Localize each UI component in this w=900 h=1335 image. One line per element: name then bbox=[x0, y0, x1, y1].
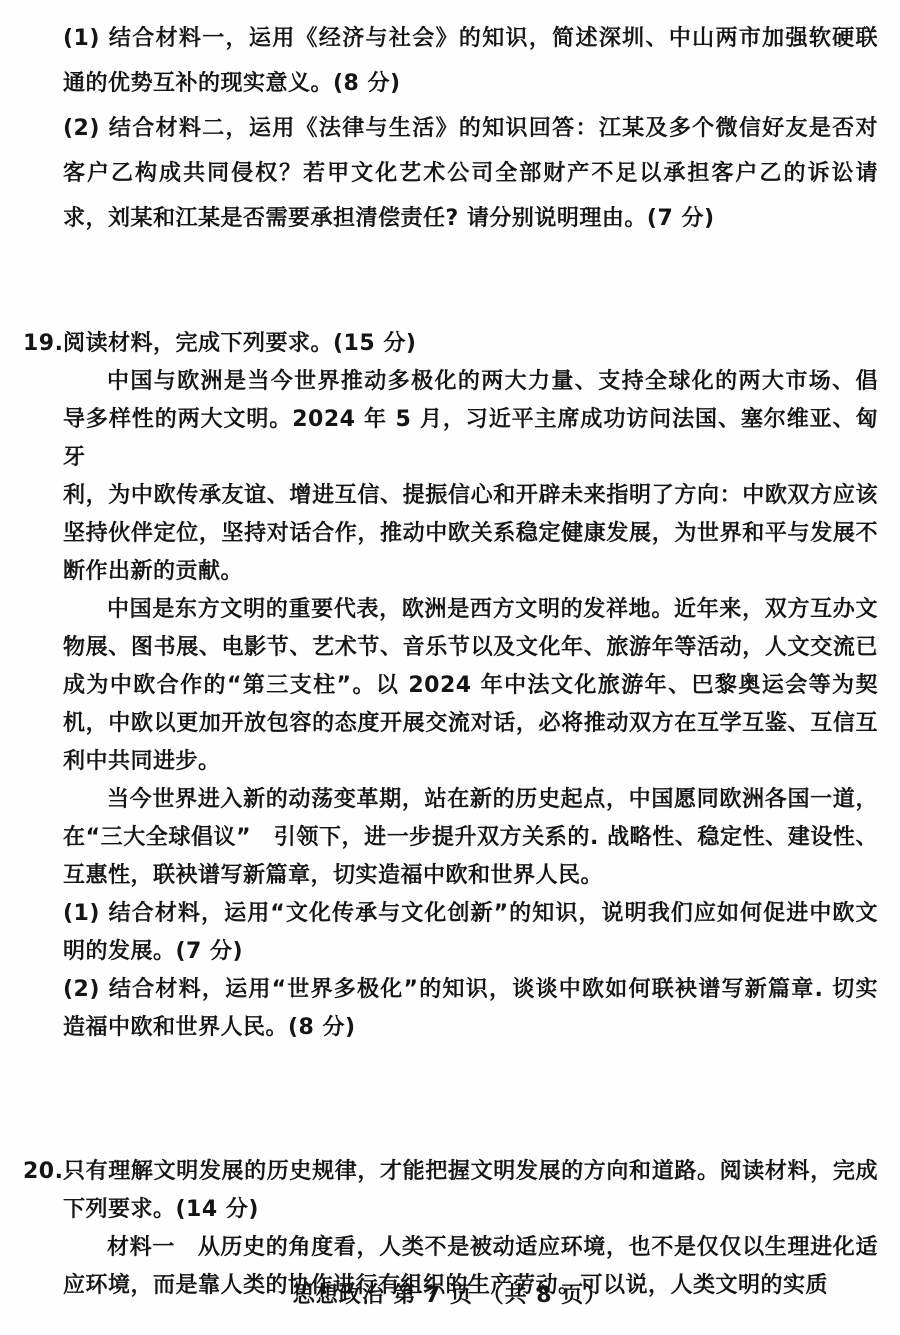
line-text: 断作出新的贡献。 bbox=[63, 559, 243, 584]
question-number: 19. bbox=[23, 325, 63, 363]
line-text: 造福中欧和世界人民。(8 分) bbox=[63, 1015, 356, 1040]
text-line: 机，中欧以更加开放包容的态度开展交流对话，必将推动双方在互学互鉴、互信互 bbox=[63, 705, 878, 743]
text-line: 造福中欧和世界人民。(8 分) bbox=[63, 1009, 878, 1047]
line-text: 物展、图书展、电影节、艺术节、音乐节以及文化年、旅游年等活动，人文交流已 bbox=[63, 635, 878, 660]
text-line: 利，为中欧传承友谊、增进互信、提振信心和开辟未来指明了方向：中欧双方应该 bbox=[63, 477, 878, 515]
line-text: 求，刘某和江某是否需要承担清偿责任? 请分别说明理由。(7 分) bbox=[63, 206, 715, 231]
line-text: (2) 结合材料二，运用《法律与生活》的知识回答：江某及多个微信好友是否对 bbox=[63, 116, 878, 141]
line-text: 利中共同进步。 bbox=[63, 749, 221, 774]
text-line: 成为中欧合作的“第三支柱”。以 2024 年中法文化旅游年、巴黎奥运会等为契 bbox=[63, 667, 878, 705]
text-line: 求，刘某和江某是否需要承担清偿责任? 请分别说明理由。(7 分) bbox=[63, 196, 878, 241]
line-text: 坚持伙伴定位，坚持对话合作，推动中欧关系稳定健康发展，为世界和平与发展不 bbox=[63, 521, 878, 546]
text-line: 物展、图书展、电影节、艺术节、音乐节以及文化年、旅游年等活动，人文交流已 bbox=[63, 629, 878, 667]
previous-question-subparts: (1) 结合材料一，运用《经济与社会》的知识，简述深圳、中山两市加强软硬联通的优… bbox=[63, 16, 878, 241]
line-text: 中国与欧洲是当今世界推动多极化的两大力量、支持全球化的两大市场、倡 bbox=[107, 369, 878, 394]
text-line: 当今世界进入新的动荡变革期，站在新的历史起点，中国愿同欧洲各国一道， bbox=[63, 781, 878, 819]
text-line: 客户乙构成共同侵权？若甲文化艺术公司全部财产不足以承担客户乙的诉讼请 bbox=[63, 151, 878, 196]
text-line: 在“三大全球倡议” 引领下，进一步提升双方关系的. 战略性、稳定性、建设性、 bbox=[63, 819, 878, 857]
line-text: 材料一 从历史的角度看，人类不是被动适应环境，也不是仅仅以生理进化适 bbox=[107, 1235, 878, 1260]
text-line: 导多样性的两大文明。2024 年 5 月，习近平主席成功访问法国、塞尔维亚、匈牙 bbox=[63, 401, 878, 477]
question-number: 20. bbox=[23, 1153, 63, 1191]
line-text: 通的优势互补的现实意义。(8 分) bbox=[63, 71, 401, 96]
text-line: (2) 结合材料，运用“世界多极化”的知识，谈谈中欧如何联袂谱写新篇章. 切实 bbox=[63, 971, 878, 1009]
text-line: 互惠性，联袂谱写新篇章，切实造福中欧和世界人民。 bbox=[63, 857, 878, 895]
line-text: 客户乙构成共同侵权？若甲文化艺术公司全部财产不足以承担客户乙的诉讼请 bbox=[63, 161, 878, 186]
line-text: 下列要求。(14 分) bbox=[63, 1197, 259, 1222]
line-text: 在“三大全球倡议” 引领下，进一步提升双方关系的. 战略性、稳定性、建设性、 bbox=[63, 825, 878, 850]
line-text: 只有理解文明发展的历史规律，才能把握文明发展的方向和道路。阅读材料，完成 bbox=[63, 1159, 878, 1184]
text-line: 明的发展。(7 分) bbox=[63, 933, 878, 971]
text-line: (2) 结合材料二，运用《法律与生活》的知识回答：江某及多个微信好友是否对 bbox=[63, 106, 878, 151]
exam-paper-page: (1) 结合材料一，运用《经济与社会》的知识，简述深圳、中山两市加强软硬联通的优… bbox=[0, 0, 900, 1335]
text-line: (1) 结合材料，运用“文化传承与文化创新”的知识，说明我们应如何促进中欧文 bbox=[63, 895, 878, 933]
line-text: 明的发展。(7 分) bbox=[63, 939, 243, 964]
text-line: 断作出新的贡献。 bbox=[63, 553, 878, 591]
line-text: (1) 结合材料，运用“文化传承与文化创新”的知识，说明我们应如何促进中欧文 bbox=[63, 901, 878, 926]
line-text: 利，为中欧传承友谊、增进互信、提振信心和开辟未来指明了方向：中欧双方应该 bbox=[63, 483, 878, 508]
line-text: 成为中欧合作的“第三支柱”。以 2024 年中法文化旅游年、巴黎奥运会等为契 bbox=[63, 673, 878, 698]
line-text: 当今世界进入新的动荡变革期，站在新的历史起点，中国愿同欧洲各国一道， bbox=[107, 787, 878, 812]
text-line: 20.只有理解文明发展的历史规律，才能把握文明发展的方向和道路。阅读材料，完成 bbox=[63, 1153, 878, 1191]
text-line: 坚持伙伴定位，坚持对话合作，推动中欧关系稳定健康发展，为世界和平与发展不 bbox=[63, 515, 878, 553]
line-text: (2) 结合材料，运用“世界多极化”的知识，谈谈中欧如何联袂谱写新篇章. 切实 bbox=[63, 977, 878, 1002]
line-text: 机，中欧以更加开放包容的态度开展交流对话，必将推动双方在互学互鉴、互信互 bbox=[63, 711, 878, 736]
line-text: 中国是东方文明的重要代表，欧洲是西方文明的发祥地。近年来，双方互办文 bbox=[107, 597, 878, 622]
line-text: 阅读材料，完成下列要求。(15 分) bbox=[63, 331, 416, 356]
text-line: 下列要求。(14 分) bbox=[63, 1191, 878, 1229]
text-line: 通的优势互补的现实意义。(8 分) bbox=[63, 61, 878, 106]
text-line: 中国与欧洲是当今世界推动多极化的两大力量、支持全球化的两大市场、倡 bbox=[63, 363, 878, 401]
text-line: 利中共同进步。 bbox=[63, 743, 878, 781]
line-text: 互惠性，联袂谱写新篇章，切实造福中欧和世界人民。 bbox=[63, 863, 603, 888]
text-line: 中国是东方文明的重要代表，欧洲是西方文明的发祥地。近年来，双方互办文 bbox=[63, 591, 878, 629]
text-line: (1) 结合材料一，运用《经济与社会》的知识，简述深圳、中山两市加强软硬联 bbox=[63, 16, 878, 61]
line-text: (1) 结合材料一，运用《经济与社会》的知识，简述深圳、中山两市加强软硬联 bbox=[63, 26, 878, 51]
document-content: (1) 结合材料一，运用《经济与社会》的知识，简述深圳、中山两市加强软硬联通的优… bbox=[63, 16, 878, 1305]
text-line: 19.阅读材料，完成下列要求。(15 分) bbox=[63, 325, 878, 363]
text-line: 材料一 从历史的角度看，人类不是被动适应环境，也不是仅仅以生理进化适 bbox=[63, 1229, 878, 1267]
question-19: 19.阅读材料，完成下列要求。(15 分)中国与欧洲是当今世界推动多极化的两大力… bbox=[63, 325, 878, 1047]
line-text: 导多样性的两大文明。2024 年 5 月，习近平主席成功访问法国、塞尔维亚、匈牙 bbox=[63, 407, 878, 470]
page-footer: 思想政治 第 7 页 （共 8 页） bbox=[0, 1278, 900, 1309]
